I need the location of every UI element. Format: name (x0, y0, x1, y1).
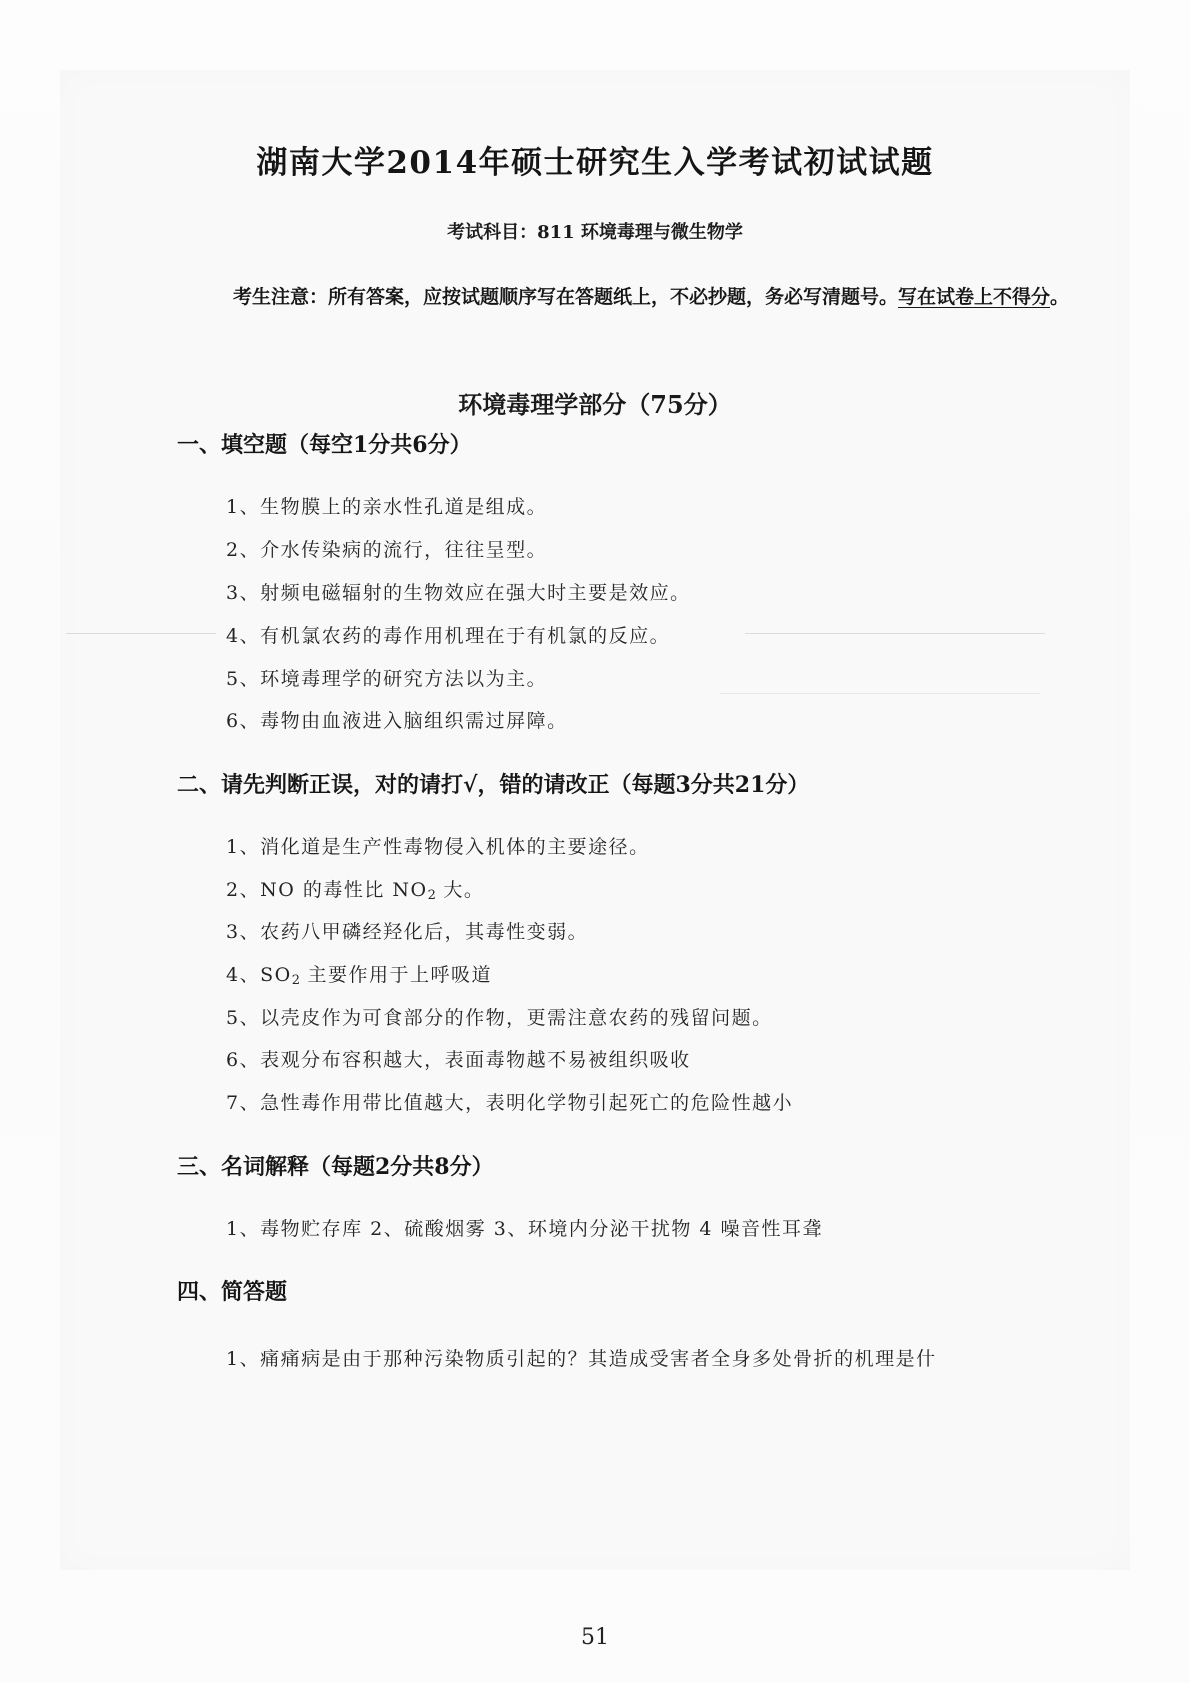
question-item: 7、急性毒作用带比值越大，表明化学物引起死亡的危险性越小 (226, 1088, 793, 1115)
question-item: 2、介水传染病的流行，往往呈型。 (226, 535, 547, 562)
notice-underlined: 写在试卷上不得分 (898, 286, 1050, 308)
question-item: 6、毒物由血液进入脑组织需过屏障。 (226, 706, 568, 733)
item-text: 4、SO (226, 964, 292, 986)
item-subscript: 2 (292, 973, 300, 988)
section-heading-true-false: 二、请先判断正误，对的请打√，错的请改正（每题3分共21分） (177, 768, 809, 799)
page-number: 51 (0, 1625, 1190, 1650)
scan-artifact-line (745, 633, 1045, 634)
question-item: 4、SO2 主要作用于上呼吸道 (226, 960, 492, 988)
section-heading-short-answer: 四、简答题 (177, 1275, 287, 1306)
scan-artifact-line (66, 633, 216, 634)
part-title: 环境毒理学部分（75分） (0, 385, 1190, 420)
question-item: 1、生物膜上的亲水性孔道是组成。 (226, 492, 547, 519)
question-item: 1、消化道是生产性毒物侵入机体的主要途径。 (226, 832, 650, 859)
question-item: 1、痛痛病是由于那种污染物质引起的？其造成受害者全身多处骨折的机理是什 (226, 1344, 937, 1371)
exam-title: 湖南大学2014年硕士研究生入学考试初试试题 (0, 137, 1190, 182)
section-heading-fill-blank: 一、填空题（每空1分共6分） (177, 428, 472, 459)
scan-artifact-line (720, 693, 1040, 694)
item-text: 大。 (436, 879, 485, 901)
question-item: 6、表观分布容积越大，表面毒物越不易被组织吸收 (226, 1045, 691, 1072)
notice-end: 。 (1050, 286, 1069, 308)
exam-page: 湖南大学2014年硕士研究生入学考试初试试题 考试科目：811 环境毒理与微生物… (0, 0, 1190, 1683)
question-item: 3、农药八甲磷经羟化后，其毒性变弱。 (226, 917, 588, 944)
question-item: 5、环境毒理学的研究方法以为主。 (226, 664, 547, 691)
question-item: 1、毒物贮存库 2、硫酸烟雾 3、环境内分泌干扰物 4 噪音性耳聋 (226, 1214, 823, 1241)
question-item: 5、以壳皮作为可食部分的作物，更需注意农药的残留问题。 (226, 1003, 773, 1030)
notice-main: 考生注意：所有答案，应按试题顺序写在答题纸上，不必抄题，务必写清题号。 (233, 286, 898, 308)
question-item: 3、射频电磁辐射的生物效应在强大时主要是效应。 (226, 578, 691, 605)
exam-subject: 考试科目：811 环境毒理与微生物学 (0, 218, 1190, 244)
item-text: 主要作用于上呼吸道 (300, 964, 492, 986)
item-subscript: 2 (428, 888, 436, 903)
question-item: 4、有机氯农药的毒作用机理在于有机氯的反应。 (226, 621, 670, 648)
question-item: 2、NO 的毒性比 NO2 大。 (226, 875, 484, 903)
exam-notice: 考生注意：所有答案，应按试题顺序写在答题纸上，不必抄题，务必写清题号。写在试卷上… (180, 275, 1080, 319)
section-heading-definitions: 三、名词解释（每题2分共8分） (177, 1150, 494, 1181)
item-text: 2、NO 的毒性比 NO (226, 879, 428, 901)
